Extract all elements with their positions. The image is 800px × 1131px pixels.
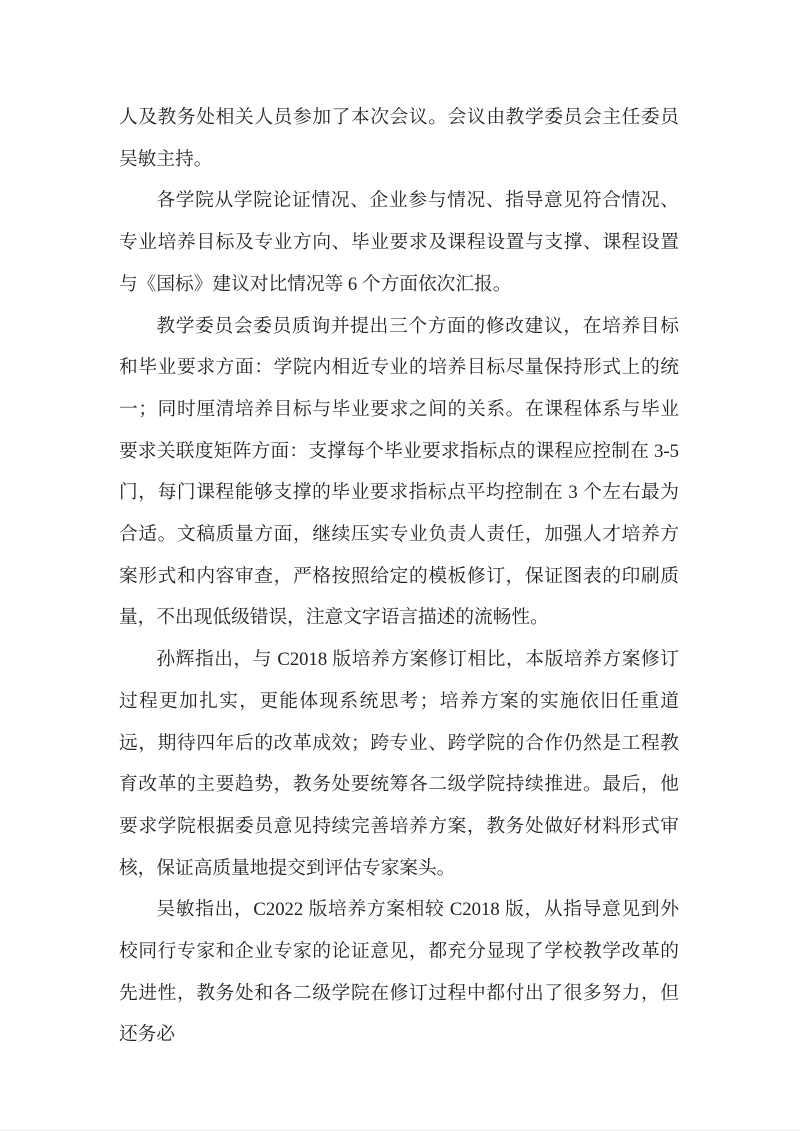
paragraph-1: 人及教务处相关人员参加了本次会议。会议由教学委员会主任委员吴敏主持。 [119,97,679,180]
page-body: 人及教务处相关人员参加了本次会议。会议由教学委员会主任委员吴敏主持。各学院从学院… [119,97,679,1056]
paragraph-5: 吴敏指出，C2022 版培养方案相较 C2018 版，从指导意见到外校同行专家和… [119,889,679,1056]
document-page: 人及教务处相关人员参加了本次会议。会议由教学委员会主任委员吴敏主持。各学院从学院… [0,0,800,1131]
paragraph-4: 孙辉指出，与 C2018 版培养方案修订相比，本版培养方案修订过程更加扎实，更能… [119,639,679,889]
paragraph-2: 各学院从学院论证情况、企业参与情况、指导意见符合情况、专业培养目标及专业方向、毕… [119,180,679,305]
paragraph-3: 教学委员会委员质询并提出三个方面的修改建议，在培养目标和毕业要求方面：学院内相近… [119,306,679,640]
